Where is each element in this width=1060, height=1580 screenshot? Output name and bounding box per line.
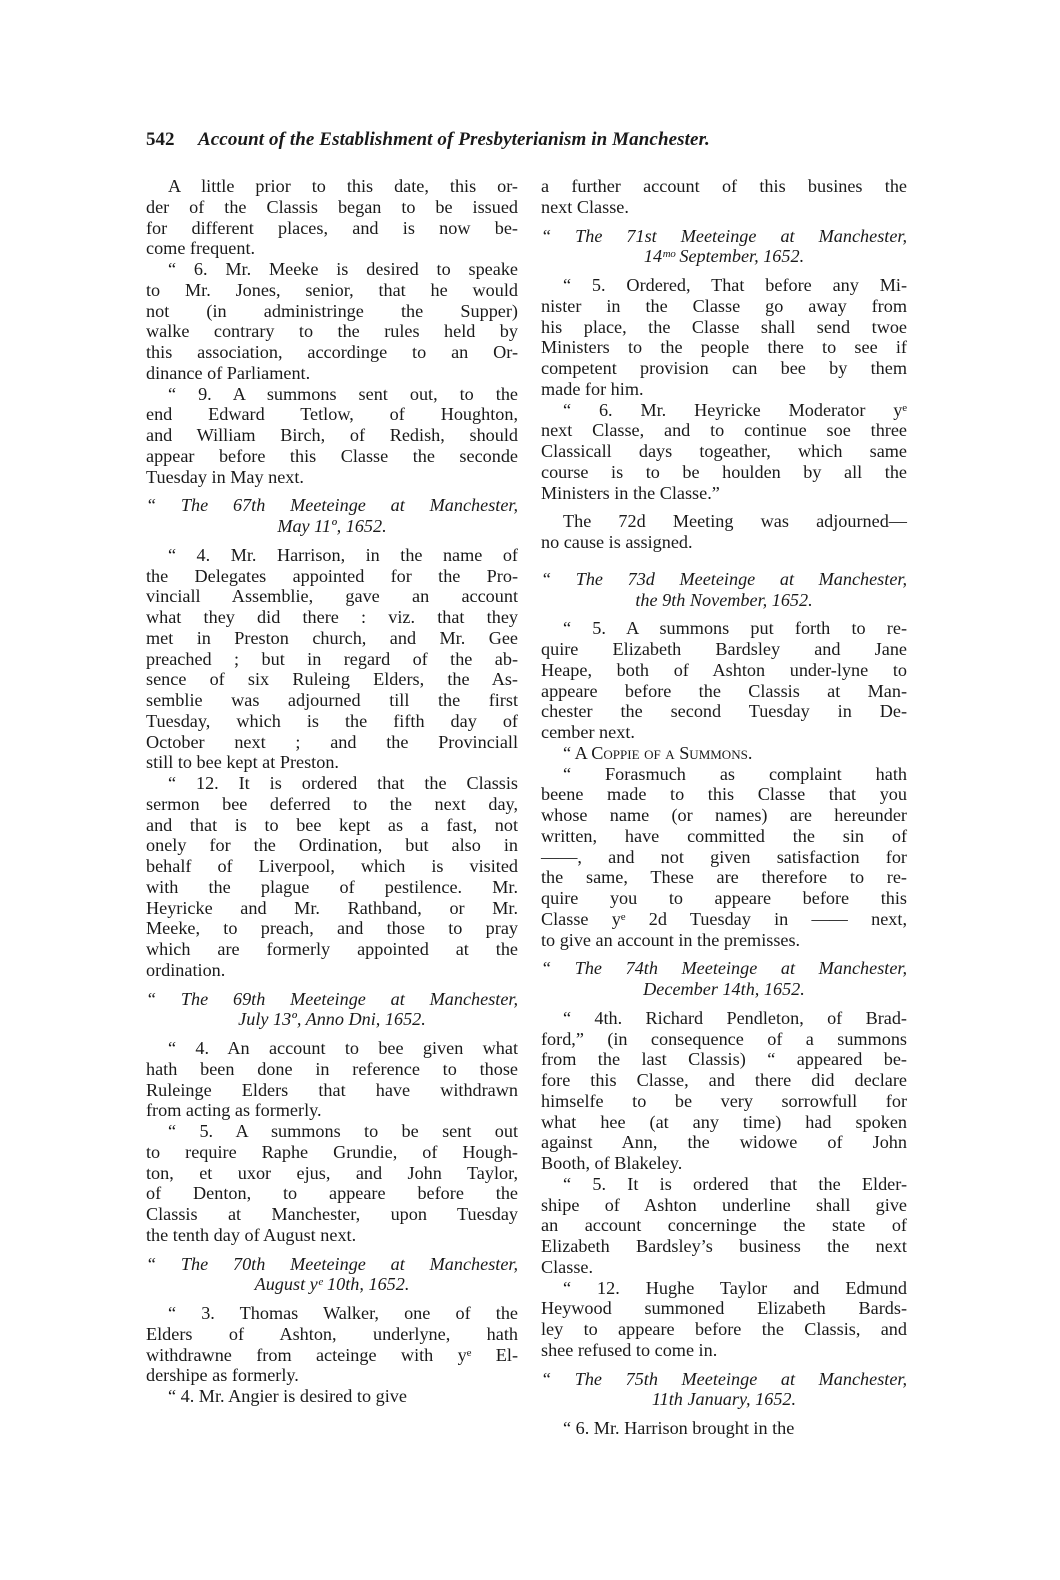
text-line: course is to be houlden by all the — [541, 462, 907, 483]
text-line: vinciall Assemblie, gave an account — [146, 586, 518, 607]
text-line: end Edward Tetlow, of Houghton, — [146, 404, 518, 425]
text-line: for different places, and is now be- — [146, 218, 518, 239]
text-line: Ministers to the people there to see if — [541, 337, 907, 358]
text-line: October next ; and the Provinciall — [146, 732, 518, 753]
text-line: Meeke, to preach, and those to pray — [146, 918, 518, 939]
text-line: quire you to appeare before this — [541, 888, 907, 909]
text-line: met in Preston church, and Mr. Gee — [146, 628, 518, 649]
text-line: Classis at Manchester, upon Tuesday — [146, 1204, 518, 1225]
text-line: quire Elizabeth Bardsley and Jane — [541, 639, 907, 660]
text-line: “ The 70th Meeteinge at Manchester, — [146, 1254, 518, 1275]
text-line: what they did there : viz. that they — [146, 607, 518, 628]
text-line: to give an account in the premisses. — [541, 930, 907, 951]
text-line: to require Raphe Grundie, of Hough- — [146, 1142, 518, 1163]
text-line: der of the Classis began to be issued — [146, 197, 518, 218]
text-line: withdrawne from acteinge with yᵉ El- — [146, 1345, 518, 1366]
text-line: “ 5. A summons put forth to re- — [541, 618, 907, 639]
text-line: “ 4. Mr. Harrison, in the name of — [146, 545, 518, 566]
text-line: from the last Classis) “ appeared be- — [541, 1049, 907, 1070]
text-line: “ The 71st Meeteinge at Manchester, — [541, 226, 907, 247]
text-line: and that is to bee kept as a fast, not — [146, 815, 518, 836]
text-line: December 14th, 1652. — [541, 979, 907, 1000]
text-line: behalf of Liverpool, which is visited — [146, 856, 518, 877]
text-line: Classe yᵉ 2d Tuesday in —— next, — [541, 909, 907, 930]
text-line: “ A Coppie of a Summons. — [541, 743, 907, 764]
text-line: Booth, of Blakeley. — [541, 1153, 907, 1174]
text-line: “ 5. Ordered, That before any Mi- — [541, 275, 907, 296]
text-line: hath been done in reference to those — [146, 1059, 518, 1080]
text-line: semblie was adjourned till the first — [146, 690, 518, 711]
text-line: shee refused to come in. — [541, 1340, 907, 1361]
text-line: Elders of Ashton, underlyne, hath — [146, 1324, 518, 1345]
text-line: the Delegates appointed for the Pro- — [146, 566, 518, 587]
text-line: to Mr. Jones, senior, that he would — [146, 280, 518, 301]
text-line: “ Forasmuch as complaint hath — [541, 764, 907, 785]
text-line: his place, the Classe shall send twoe — [541, 317, 907, 338]
text-line: from acting as formerly. — [146, 1100, 518, 1121]
text-line: the same, These are therefore to re- — [541, 867, 907, 888]
text-line: ford,” (in consequence of a summons — [541, 1029, 907, 1050]
text-line: “ 9. A summons sent out, to the — [146, 384, 518, 405]
text-line: Ministers in the Classe.” — [541, 483, 907, 504]
text-line: 14ᵐᵒ September, 1652. — [541, 246, 907, 267]
running-header: 542 Account of the Establishment of Pres… — [146, 129, 906, 155]
text-line: “ 6. Mr. Meeke is desired to speake — [146, 259, 518, 280]
text-line: ton, et uxor ejus, and John Taylor, — [146, 1163, 518, 1184]
text-line: himselfe to be very sorrowfull for — [541, 1091, 907, 1112]
text-line: sermon bee deferred to the next day, — [146, 794, 518, 815]
text-line: Elizabeth Bardsley’s business the next — [541, 1236, 907, 1257]
text-line: preached ; but in regard of the ab- — [146, 649, 518, 670]
text-line: “ 4th. Richard Pendleton, of Brad- — [541, 1008, 907, 1029]
text-line: Heyricke and Mr. Rathband, or Mr. — [146, 898, 518, 919]
text-line: of Denton, to appeare before the — [146, 1183, 518, 1204]
page-number: 542 — [146, 129, 175, 151]
text-line: walke contrary to the rules held by — [146, 321, 518, 342]
text-line: dinance of Parliament. — [146, 363, 518, 384]
text-line: “ The 69th Meeteinge at Manchester, — [146, 989, 518, 1010]
text-line: against Ann, the widowe of John — [541, 1132, 907, 1153]
text-line: Tuesday, which is the fifth day of — [146, 711, 518, 732]
text-line: “ 6. Mr. Heyricke Moderator yᵉ — [541, 400, 907, 421]
text-line: “ 5. It is ordered that the Elder- — [541, 1174, 907, 1195]
text-line: onely for the Ordination, but also in — [146, 835, 518, 856]
text-line: next Classe, and to continue soe three — [541, 420, 907, 441]
text-line: no cause is assigned. — [541, 532, 907, 553]
text-line: shipe of Ashton underline shall give — [541, 1195, 907, 1216]
text-line: sence of six Ruleing Elders, the As- — [146, 669, 518, 690]
text-line: come frequent. — [146, 238, 518, 259]
text-line: July 13º, Anno Dni, 1652. — [146, 1009, 518, 1030]
text-line: whose name (or names) are hereunder — [541, 805, 907, 826]
text-line: “ 5. A summons to be sent out — [146, 1121, 518, 1142]
text-line: “ 6. Mr. Harrison brought in the — [541, 1418, 907, 1439]
text-line: Tuesday in May next. — [146, 467, 518, 488]
text-line: Ruleinge Elders that have withdrawn — [146, 1080, 518, 1101]
text-line: Classe. — [541, 1257, 907, 1278]
text-line: nister in the Classe go away from — [541, 296, 907, 317]
text-line: ley to appeare before the Classis, and — [541, 1319, 907, 1340]
text-line: Heape, both of Ashton under-lyne to — [541, 660, 907, 681]
text-line: still to bee kept at Preston. — [146, 752, 518, 773]
text-line: not (in administringe the Supper) — [146, 301, 518, 322]
text-line: 11th January, 1652. — [541, 1389, 907, 1410]
text-line: ordination. — [146, 960, 518, 981]
text-line: a further account of this busines the — [541, 176, 907, 197]
text-line: “ The 73d Meeteinge at Manchester, — [541, 569, 907, 590]
text-line: “ 12. Hughe Taylor and Edmund — [541, 1278, 907, 1299]
text-line: with the plague of pestilence. Mr. — [146, 877, 518, 898]
text-line: chester the second Tuesday in De- — [541, 701, 907, 722]
text-line: “ 3. Thomas Walker, one of the — [146, 1303, 518, 1324]
text-line: made for him. — [541, 379, 907, 400]
text-line: The 72d Meeting was adjourned— — [541, 511, 907, 532]
text-line: “ The 74th Meeteinge at Manchester, — [541, 958, 907, 979]
text-line: appeare before the Classis at Man- — [541, 681, 907, 702]
text-line: fore this Classe, and there did declare — [541, 1070, 907, 1091]
text-line: competent provision can bee by them — [541, 358, 907, 379]
text-line: cember next. — [541, 722, 907, 743]
text-line: dershipe as formerly. — [146, 1365, 518, 1386]
text-line: next Classe. — [541, 197, 907, 218]
text-line: the tenth day of August next. — [146, 1225, 518, 1246]
text-line: “ 4. Mr. Angier is desired to give — [146, 1386, 518, 1407]
text-line: beene made to this Classe that you — [541, 784, 907, 805]
text-line: A little prior to this date, this or- — [146, 176, 518, 197]
text-line: Classicall days togeather, which same — [541, 441, 907, 462]
text-line: this association, accordinge to an Or- — [146, 342, 518, 363]
text-line: “ 12. It is ordered that the Classis — [146, 773, 518, 794]
text-line: an account concerninge the state of — [541, 1215, 907, 1236]
text-line: ——, and not given satisfaction for — [541, 847, 907, 868]
text-line: what hee (at any time) had spoken — [541, 1112, 907, 1133]
text-line: May 11º, 1652. — [146, 516, 518, 537]
text-line: August yᵉ 10th, 1652. — [146, 1274, 518, 1295]
text-line: the 9th November, 1652. — [541, 590, 907, 611]
running-title: Account of the Establishment of Presbyte… — [198, 129, 710, 151]
text-line: written, have committed the sin of — [541, 826, 907, 847]
text-line: “ The 75th Meeteinge at Manchester, — [541, 1369, 907, 1390]
text-line: Heywood summoned Elizabeth Bards- — [541, 1298, 907, 1319]
text-line: which are formerly appointed at the — [146, 939, 518, 960]
text-line: “ The 67th Meeteinge at Manchester, — [146, 495, 518, 516]
text-line: and William Birch, of Redish, should — [146, 425, 518, 446]
text-line: “ 4. An account to bee given what — [146, 1038, 518, 1059]
text-line: appear before this Classe the seconde — [146, 446, 518, 467]
